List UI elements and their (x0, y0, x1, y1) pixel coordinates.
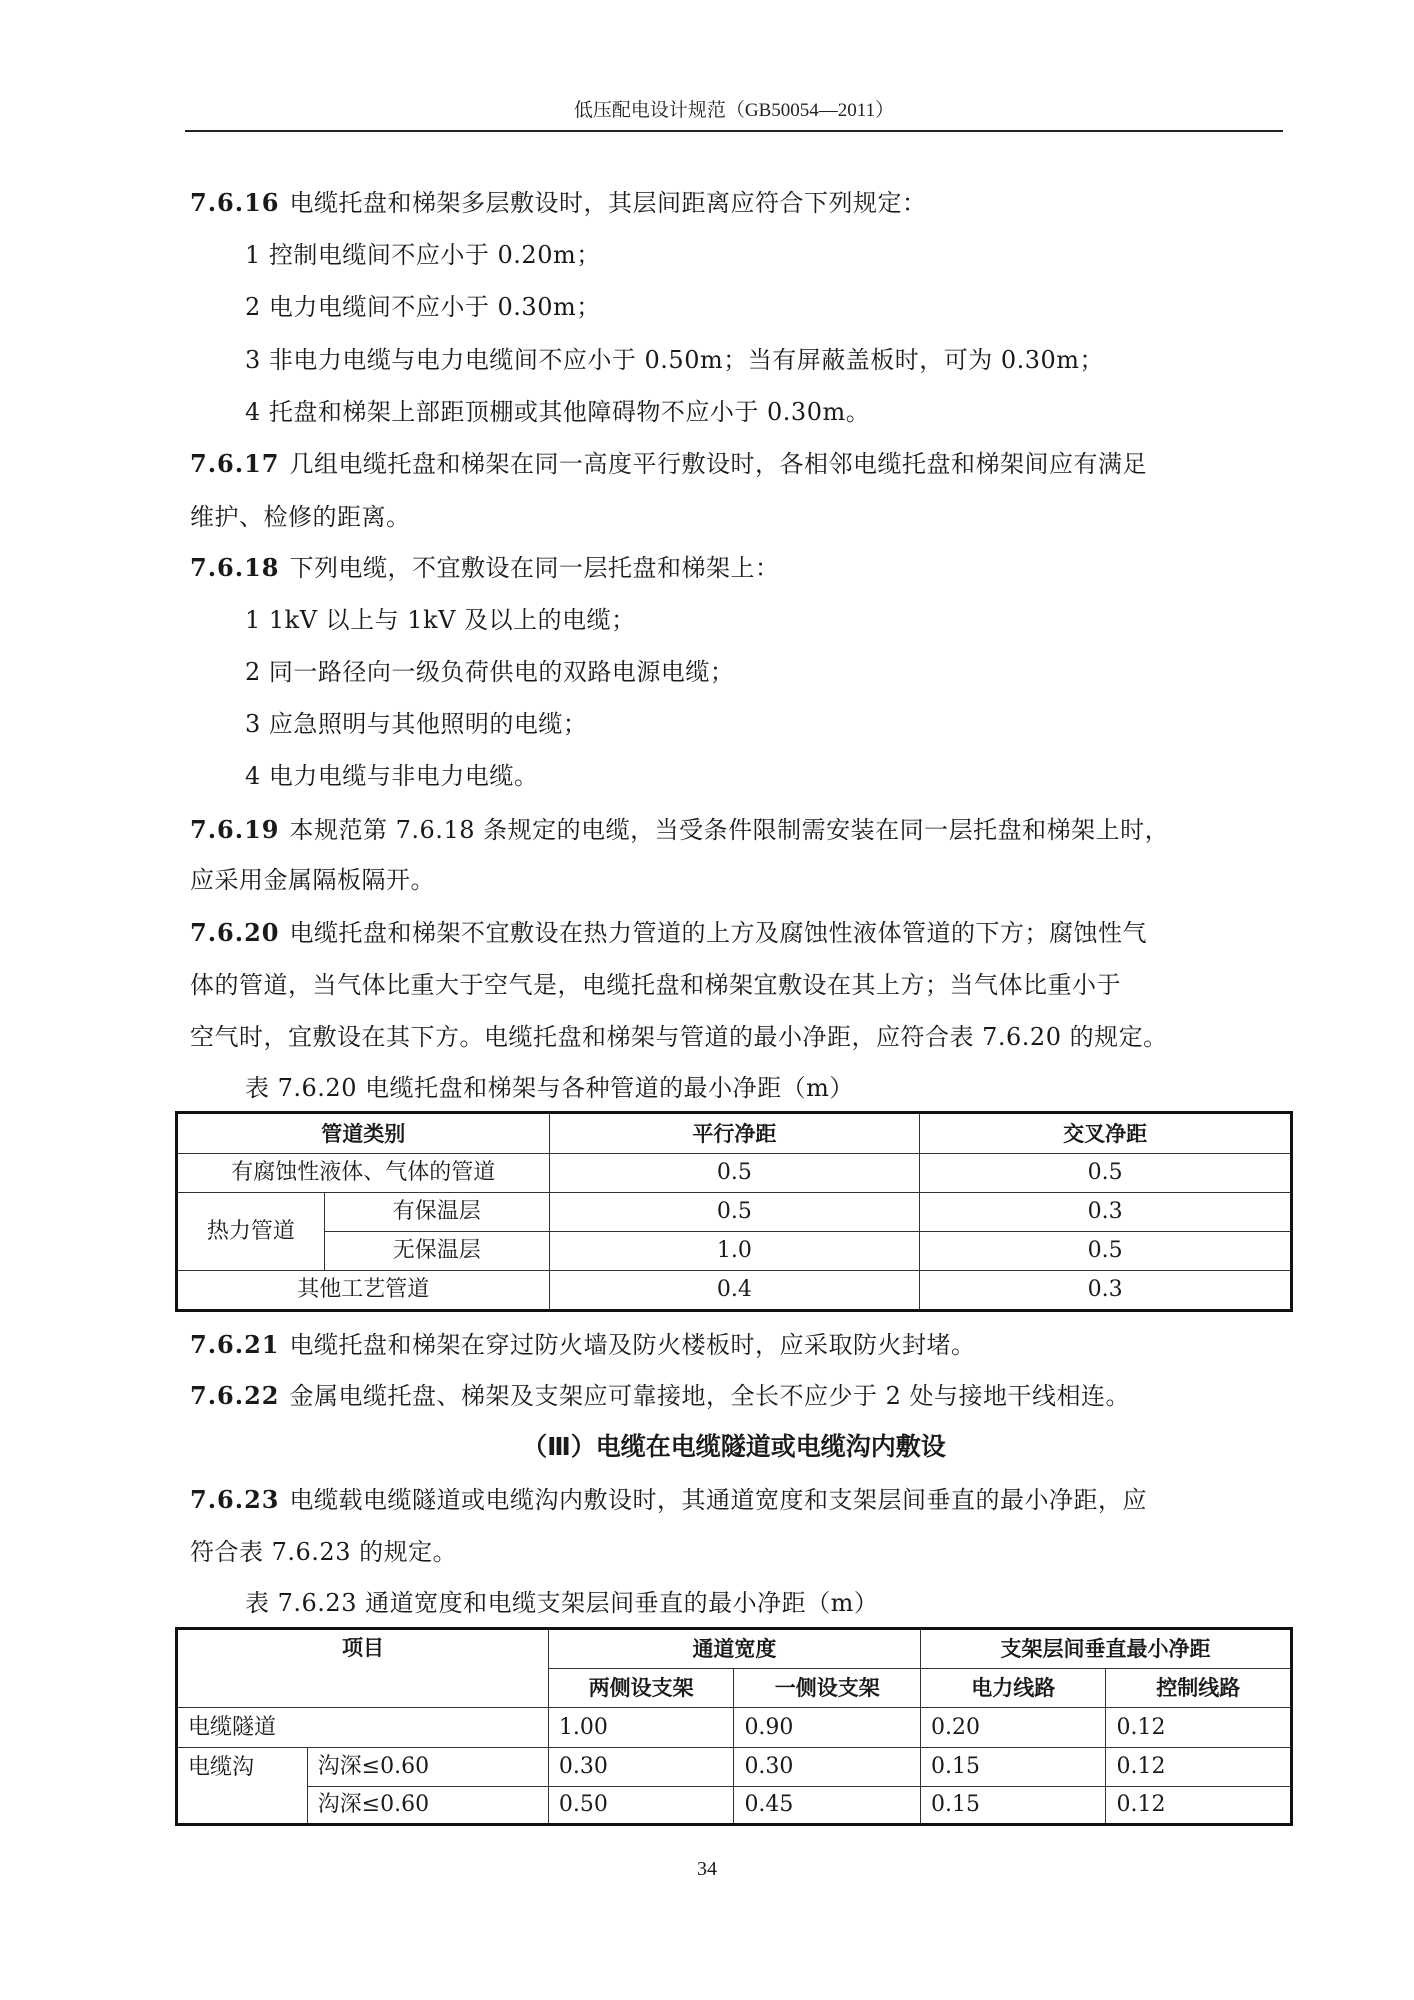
clause-text: 几组电缆托盘和梯架在同一高度平行敷设时，各相邻电缆托盘和梯架间应有满足 (290, 450, 1148, 478)
table-cell: 电缆隧道 (177, 1708, 549, 1748)
table-row: 其他工艺管道 0.4 0.3 (177, 1271, 1292, 1311)
table-row: 沟深≤0.60 0.50 0.45 0.15 0.12 (177, 1787, 1292, 1825)
column-header: 平行净距 (549, 1113, 920, 1154)
list-item: 4 托盘和梯架上部距顶棚或其他障碍物不应小于 0.30m。 (245, 397, 1345, 427)
table-cell: 0.3 (920, 1271, 1292, 1311)
clause-7623: 7.6.23电缆载电缆隧道或电缆沟内敷设时，其通道宽度和支架层间垂直的最小净距，… (190, 1485, 1290, 1515)
clause-7622: 7.6.22金属电缆托盘、梯架及支架应可靠接地，全长不应少于 2 处与接地干线相… (190, 1381, 1290, 1411)
clause-text: 电缆载电缆隧道或电缆沟内敷设时，其通道宽度和支架层间垂直的最小净距，应 (290, 1486, 1148, 1514)
table-cell: 沟深≤0.60 (307, 1748, 548, 1787)
section-heading: （Ⅲ）电缆在电缆隧道或电缆沟内敷设 (185, 1432, 1283, 1462)
column-header: 管道类别 (177, 1113, 550, 1154)
clause-number: 7.6.19 (190, 815, 280, 844)
clause-continuation: 符合表 7.6.23 的规定。 (190, 1537, 1290, 1567)
column-group-header: 支架层间垂直最小净距 (920, 1629, 1291, 1669)
table-cell: 电缆沟 (177, 1748, 308, 1825)
clause-number: 7.6.18 (190, 553, 280, 582)
table-cell: 0.50 (548, 1787, 734, 1825)
table-cell: 无保温层 (324, 1232, 549, 1271)
page-number: 34 (0, 1858, 1414, 1881)
table-cell: 沟深≤0.60 (307, 1787, 548, 1825)
table-cell: 0.15 (920, 1748, 1105, 1787)
table-caption: 表 7.6.23 通道宽度和电缆支架层间垂直的最小净距（m） (245, 1588, 1345, 1618)
list-item: 2 同一路径向一级负荷供电的双路电源电缆； (245, 657, 1345, 687)
table-caption: 表 7.6.20 电缆托盘和梯架与各种管道的最小净距（m） (245, 1073, 1345, 1103)
column-header: 项目 (177, 1629, 549, 1708)
table-7620: 管道类别 平行净距 交叉净距 有腐蚀性液体、气体的管道 0.5 0.5 热力管道… (175, 1111, 1293, 1312)
clause-text: 下列电缆，不宜敷设在同一层托盘和梯架上： (290, 554, 780, 582)
column-header: 两侧设支架 (548, 1669, 734, 1708)
table-cell: 0.20 (920, 1708, 1105, 1748)
header-rule (185, 130, 1283, 132)
clause-7617: 7.6.17几组电缆托盘和梯架在同一高度平行敷设时，各相邻电缆托盘和梯架间应有满… (190, 449, 1290, 479)
clause-text: 电缆托盘和梯架不宜敷设在热力管道的上方及腐蚀性液体管道的下方；腐蚀性气 (290, 919, 1148, 947)
table-row: 无保温层 1.0 0.5 (177, 1232, 1292, 1271)
table-cell: 0.90 (734, 1708, 921, 1748)
list-item: 4 电力电缆与非电力电缆。 (245, 761, 1345, 791)
clause-continuation: 维护、检修的距离。 (190, 502, 1290, 532)
column-header: 控制线路 (1106, 1669, 1292, 1708)
clause-text: 电缆托盘和梯架在穿过防火墙及防火楼板时，应采取防火封堵。 (290, 1331, 976, 1359)
list-item: 3 非电力电缆与电力电缆间不应小于 0.50m；当有屏蔽盖板时，可为 0.30m… (245, 345, 1345, 375)
table-cell: 0.12 (1106, 1748, 1292, 1787)
table-cell: 0.5 (549, 1154, 920, 1193)
table-cell: 0.3 (920, 1193, 1292, 1232)
column-group-header: 通道宽度 (548, 1629, 920, 1669)
table-cell: 有腐蚀性液体、气体的管道 (177, 1154, 550, 1193)
clause-7620: 7.6.20电缆托盘和梯架不宜敷设在热力管道的上方及腐蚀性液体管道的下方；腐蚀性… (190, 918, 1290, 948)
clause-number: 7.6.20 (190, 918, 280, 947)
clause-continuation: 空气时，宜敷设在其下方。电缆托盘和梯架与管道的最小净距，应符合表 7.6.20 … (190, 1022, 1290, 1052)
table-cell: 有保温层 (324, 1193, 549, 1232)
list-item: 3 应急照明与其他照明的电缆； (245, 709, 1345, 739)
clause-number: 7.6.21 (190, 1330, 280, 1359)
table-cell: 0.15 (920, 1787, 1105, 1825)
table-cell: 0.12 (1106, 1708, 1292, 1748)
table-cell: 热力管道 (177, 1193, 325, 1271)
clause-text: 金属电缆托盘、梯架及支架应可靠接地，全长不应少于 2 处与接地干线相连。 (290, 1382, 1131, 1410)
clause-text: 本规范第 7.6.18 条规定的电缆，当受条件限制需安装在同一层托盘和梯架上时， (290, 816, 1170, 844)
list-item: 1 1kV 以上与 1kV 及以上的电缆； (245, 605, 1345, 635)
clause-number: 7.6.22 (190, 1381, 280, 1410)
clause-continuation: 体的管道，当气体比重大于空气是，电缆托盘和梯架宜敷设在其上方；当气体比重小于 (190, 970, 1290, 1000)
table-cell: 其他工艺管道 (177, 1271, 550, 1311)
table-cell: 0.4 (549, 1271, 920, 1311)
table-cell: 0.45 (734, 1787, 921, 1825)
table-cell: 0.12 (1106, 1787, 1292, 1825)
clause-number: 7.6.17 (190, 449, 280, 478)
clause-7621: 7.6.21电缆托盘和梯架在穿过防火墙及防火楼板时，应采取防火封堵。 (190, 1330, 1290, 1360)
table-header-row: 项目 通道宽度 支架层间垂直最小净距 (177, 1629, 1292, 1669)
table-header-row: 管道类别 平行净距 交叉净距 (177, 1113, 1292, 1154)
table-7623: 项目 通道宽度 支架层间垂直最小净距 两侧设支架 一侧设支架 电力线路 控制线路… (175, 1627, 1293, 1826)
table-cell: 0.5 (920, 1154, 1292, 1193)
column-header: 电力线路 (920, 1669, 1105, 1708)
list-item: 2 电力电缆间不应小于 0.30m； (245, 292, 1345, 322)
clause-7616: 7.6.16电缆托盘和梯架多层敷设时，其层间距离应符合下列规定： (190, 188, 1290, 218)
clause-number: 7.6.16 (190, 188, 280, 217)
column-header: 一侧设支架 (734, 1669, 921, 1708)
clause-7619: 7.6.19本规范第 7.6.18 条规定的电缆，当受条件限制需安装在同一层托盘… (190, 815, 1290, 845)
clause-text: 电缆托盘和梯架多层敷设时，其层间距离应符合下列规定： (290, 189, 927, 217)
table-row: 电缆隧道 1.00 0.90 0.20 0.12 (177, 1708, 1292, 1748)
table-row: 热力管道 有保温层 0.5 0.3 (177, 1193, 1292, 1232)
table-cell: 1.00 (548, 1708, 734, 1748)
table-cell: 0.30 (734, 1748, 921, 1787)
table-cell: 0.5 (920, 1232, 1292, 1271)
table-cell: 1.0 (549, 1232, 920, 1271)
clause-7618: 7.6.18下列电缆，不宜敷设在同一层托盘和梯架上： (190, 553, 1290, 583)
list-item: 1 控制电缆间不应小于 0.20m； (245, 240, 1345, 270)
table-row: 电缆沟 沟深≤0.60 0.30 0.30 0.15 0.12 (177, 1748, 1292, 1787)
table-row: 有腐蚀性液体、气体的管道 0.5 0.5 (177, 1154, 1292, 1193)
table-cell: 0.30 (548, 1748, 734, 1787)
running-header: 低压配电设计规范（GB50054—2011） (185, 97, 1283, 131)
column-header: 交叉净距 (920, 1113, 1292, 1154)
clause-continuation: 应采用金属隔板隔开。 (190, 865, 1290, 895)
table-cell: 0.5 (549, 1193, 920, 1232)
clause-number: 7.6.23 (190, 1485, 280, 1514)
